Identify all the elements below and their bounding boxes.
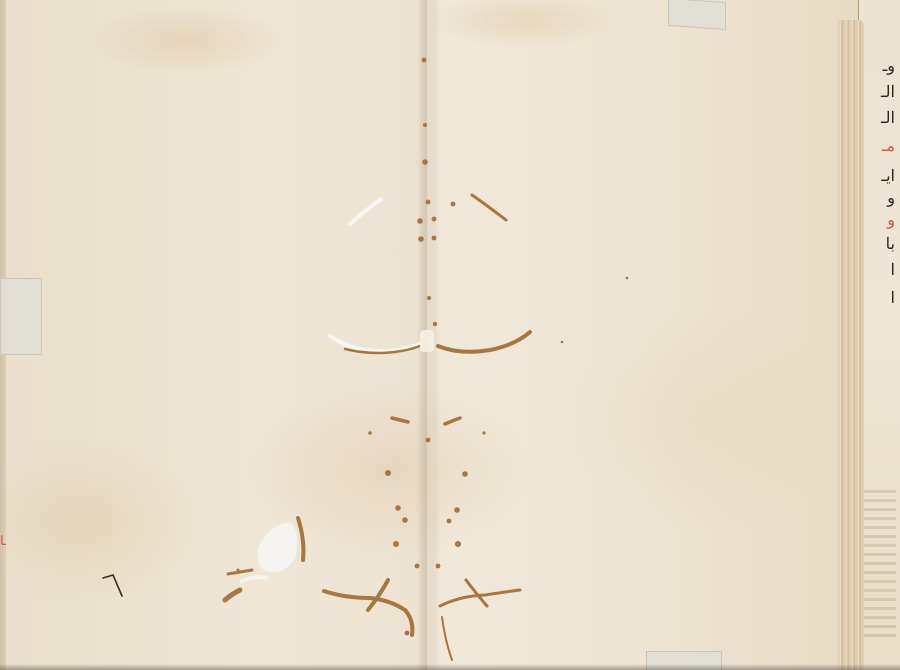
worm-damage (0, 0, 900, 670)
bottom-shadow (0, 664, 900, 670)
manuscript-photo: ـا وـالـالـمـايـووبااا ٦ (0, 0, 900, 670)
